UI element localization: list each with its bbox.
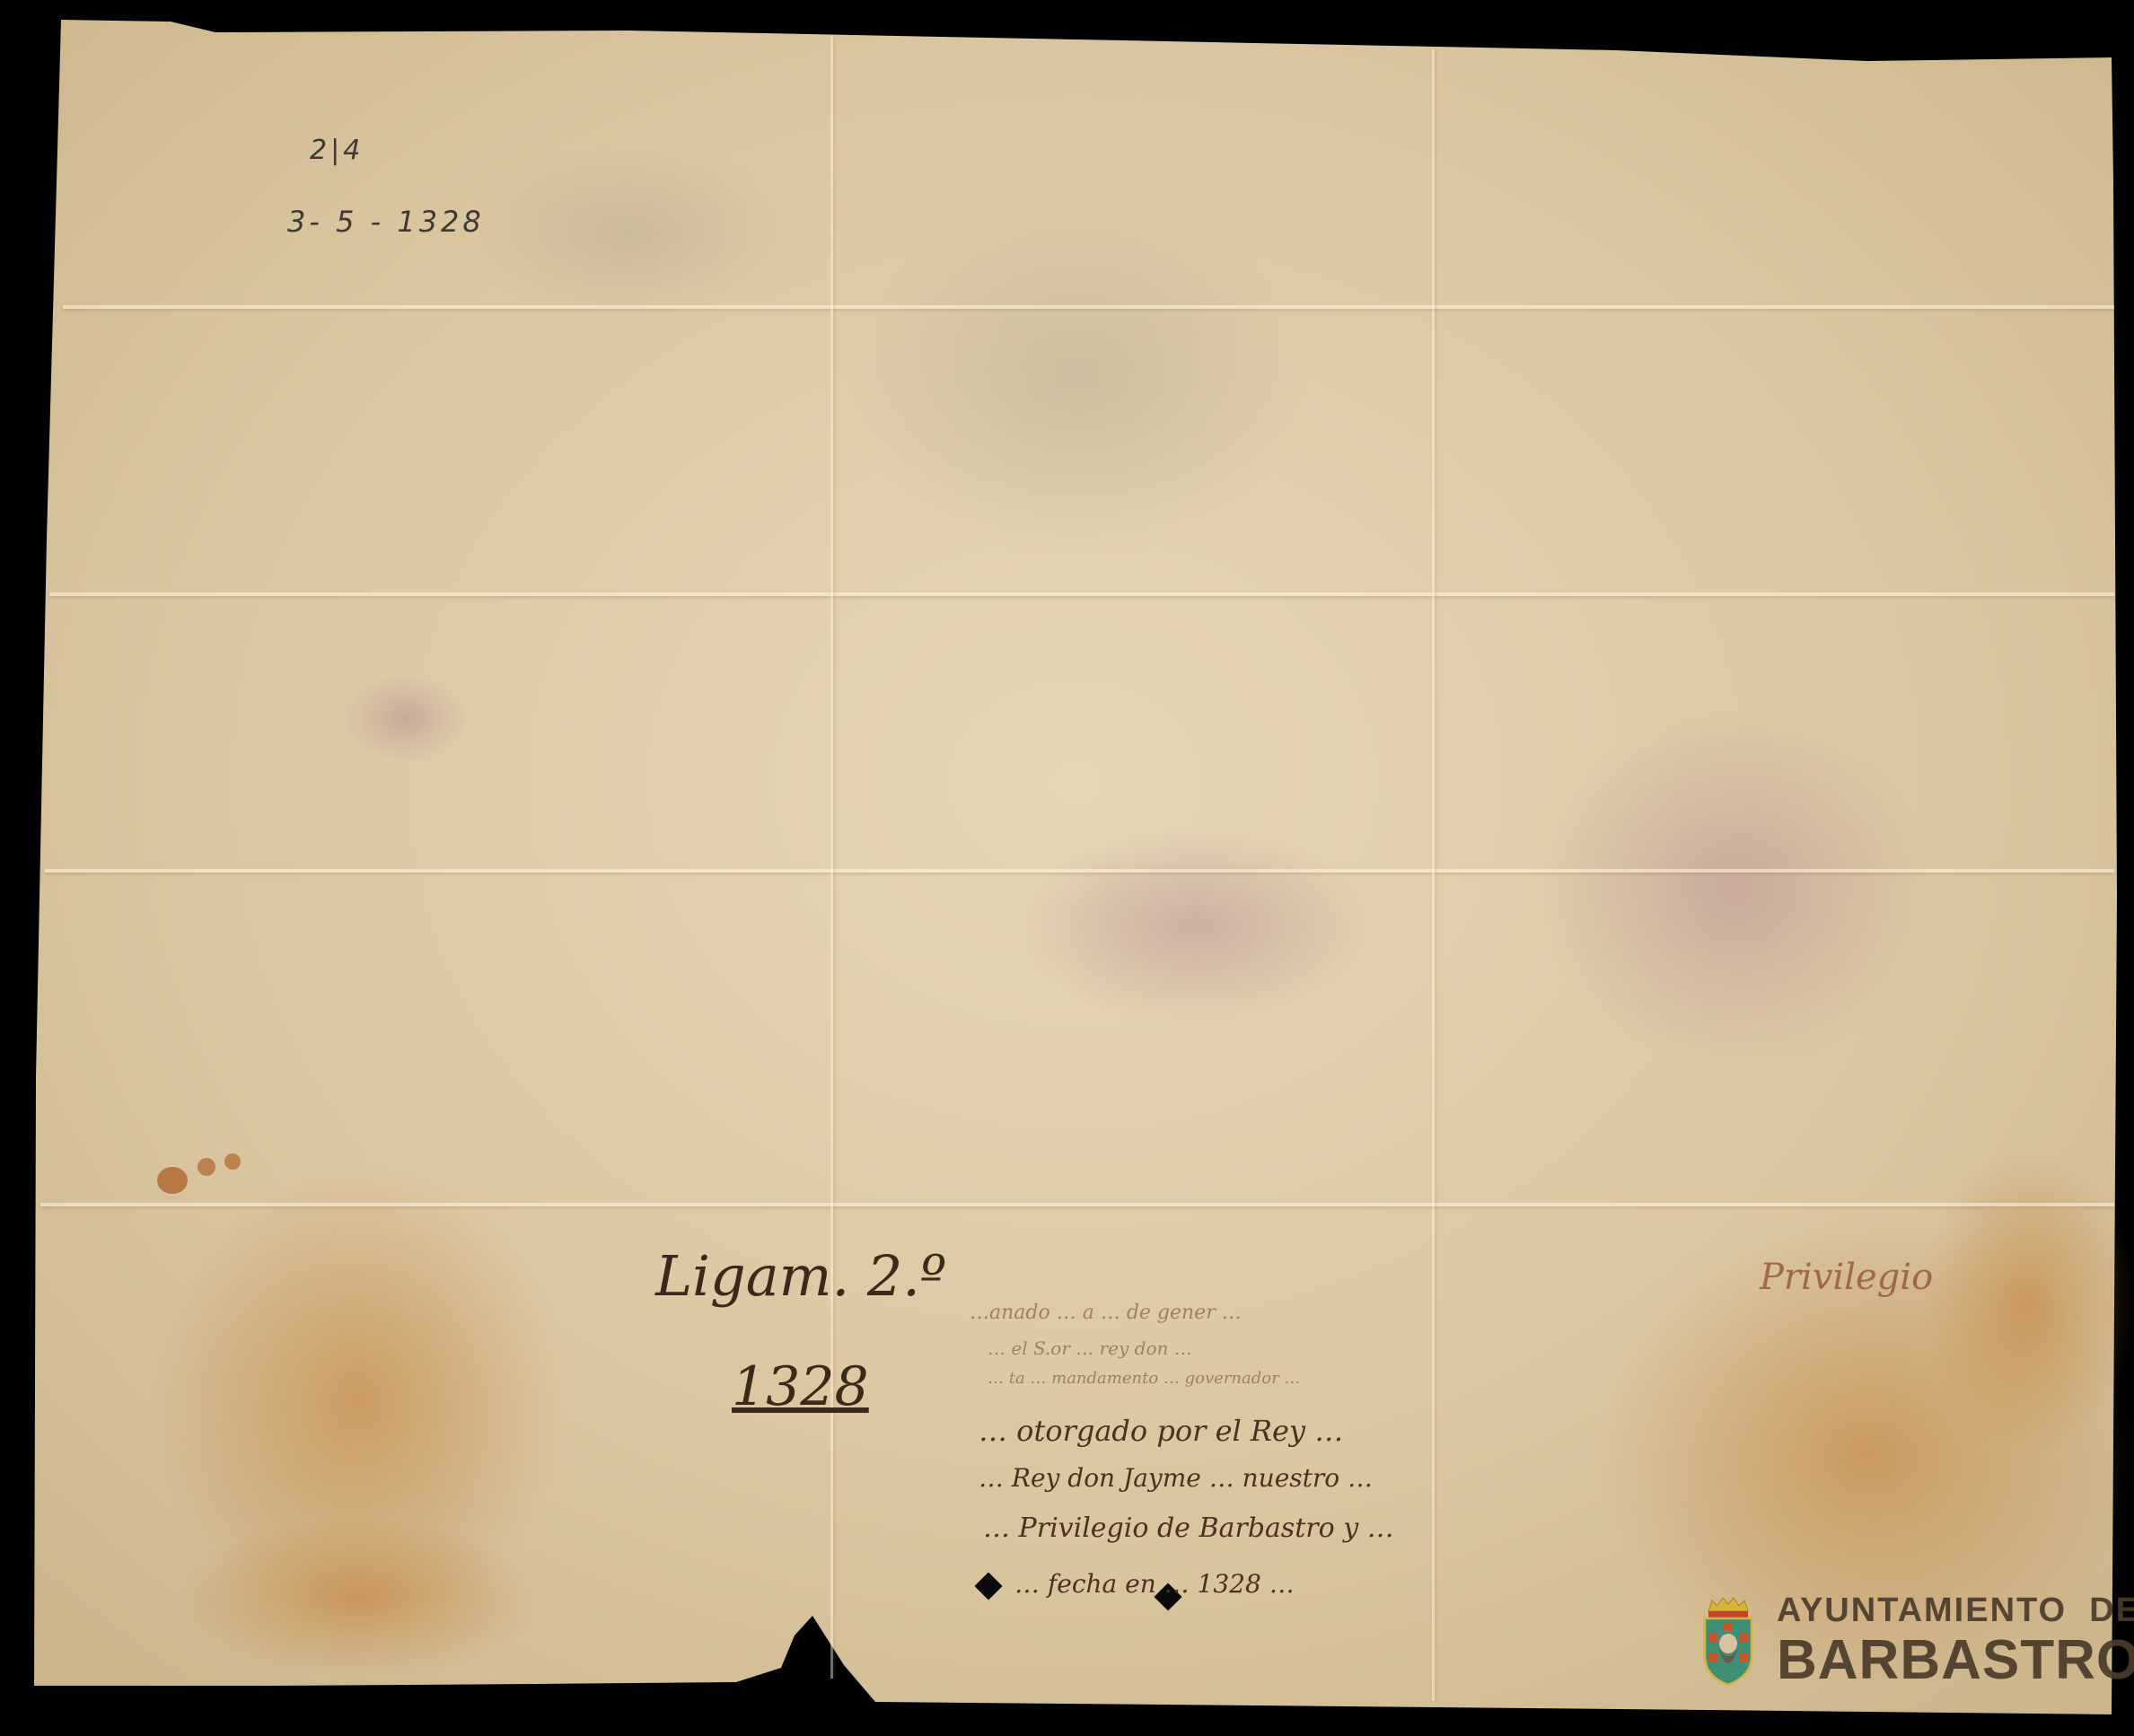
fold-line xyxy=(1432,49,1435,1701)
ink-stain xyxy=(198,1158,215,1176)
fold-line xyxy=(40,1203,2114,1206)
ligamen-label: Ligam. 2.º xyxy=(655,1243,946,1309)
fold-line xyxy=(63,305,2114,309)
watermark-line2: BARBASTRO xyxy=(1777,1633,2134,1688)
privilegio-heading: Privilegio xyxy=(1760,1257,1933,1298)
watermark-line1: AYUNTAMIENTO DE xyxy=(1777,1593,2134,1627)
coat-of-arms-icon xyxy=(1701,1593,1755,1688)
endorsement-line: … el S.or … rey don … xyxy=(988,1337,1192,1359)
pencil-date: 3- 5 - 1328 xyxy=(287,205,485,239)
endorsement-line: … fecha en … 1328 … xyxy=(1014,1569,1295,1599)
endorsement-line: … otorgado por el Rey … xyxy=(979,1414,1343,1448)
endorsement-line: … Rey don Jayme … nuestro … xyxy=(979,1463,1373,1493)
endorsement-line: … Privilegio de Barbastro y … xyxy=(983,1512,1394,1544)
ink-stain xyxy=(224,1153,241,1170)
fold-line xyxy=(49,592,2114,596)
fold-line xyxy=(45,869,2114,872)
ink-stain xyxy=(157,1167,188,1194)
pencil-reference: 2|4 xyxy=(310,135,364,166)
ligamen-year: 1328 xyxy=(732,1355,869,1418)
ayuntamiento-watermark: AYUNTAMIENTO DE BARBASTRO xyxy=(1701,1593,2134,1688)
endorsement-line: …anado … a … de gener … xyxy=(970,1302,1242,1324)
endorsement-line: … ta … mandamento … governador … xyxy=(988,1369,1300,1388)
parchment-document: 2|4 3- 5 - 1328 Ligam. 2.º 1328 Privileg… xyxy=(0,0,2134,1736)
fold-line xyxy=(830,36,833,1679)
